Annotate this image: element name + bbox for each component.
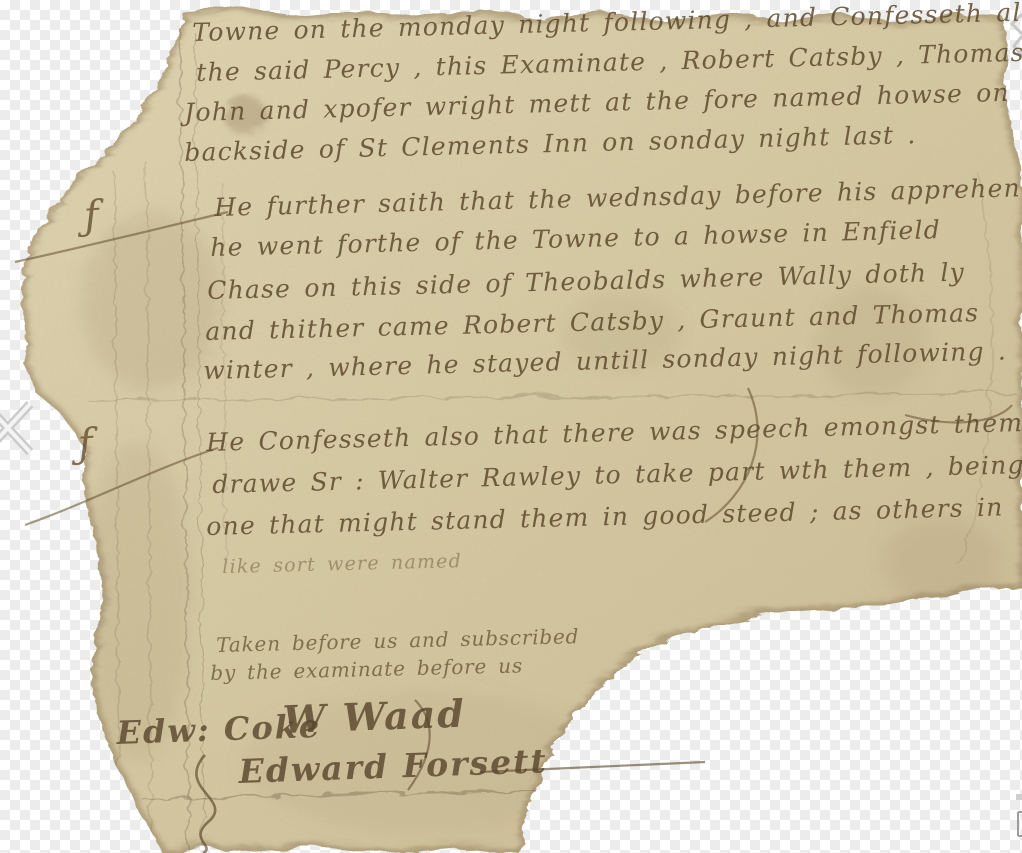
manuscript-scan-page: ƒ ƒ Towne on the monday night following … (0, 0, 1022, 853)
paragraph-margin-mark: ƒ (83, 196, 101, 237)
paragraph-margin-mark: ƒ (77, 424, 95, 465)
signature-w-waad: W Waad (282, 691, 467, 742)
